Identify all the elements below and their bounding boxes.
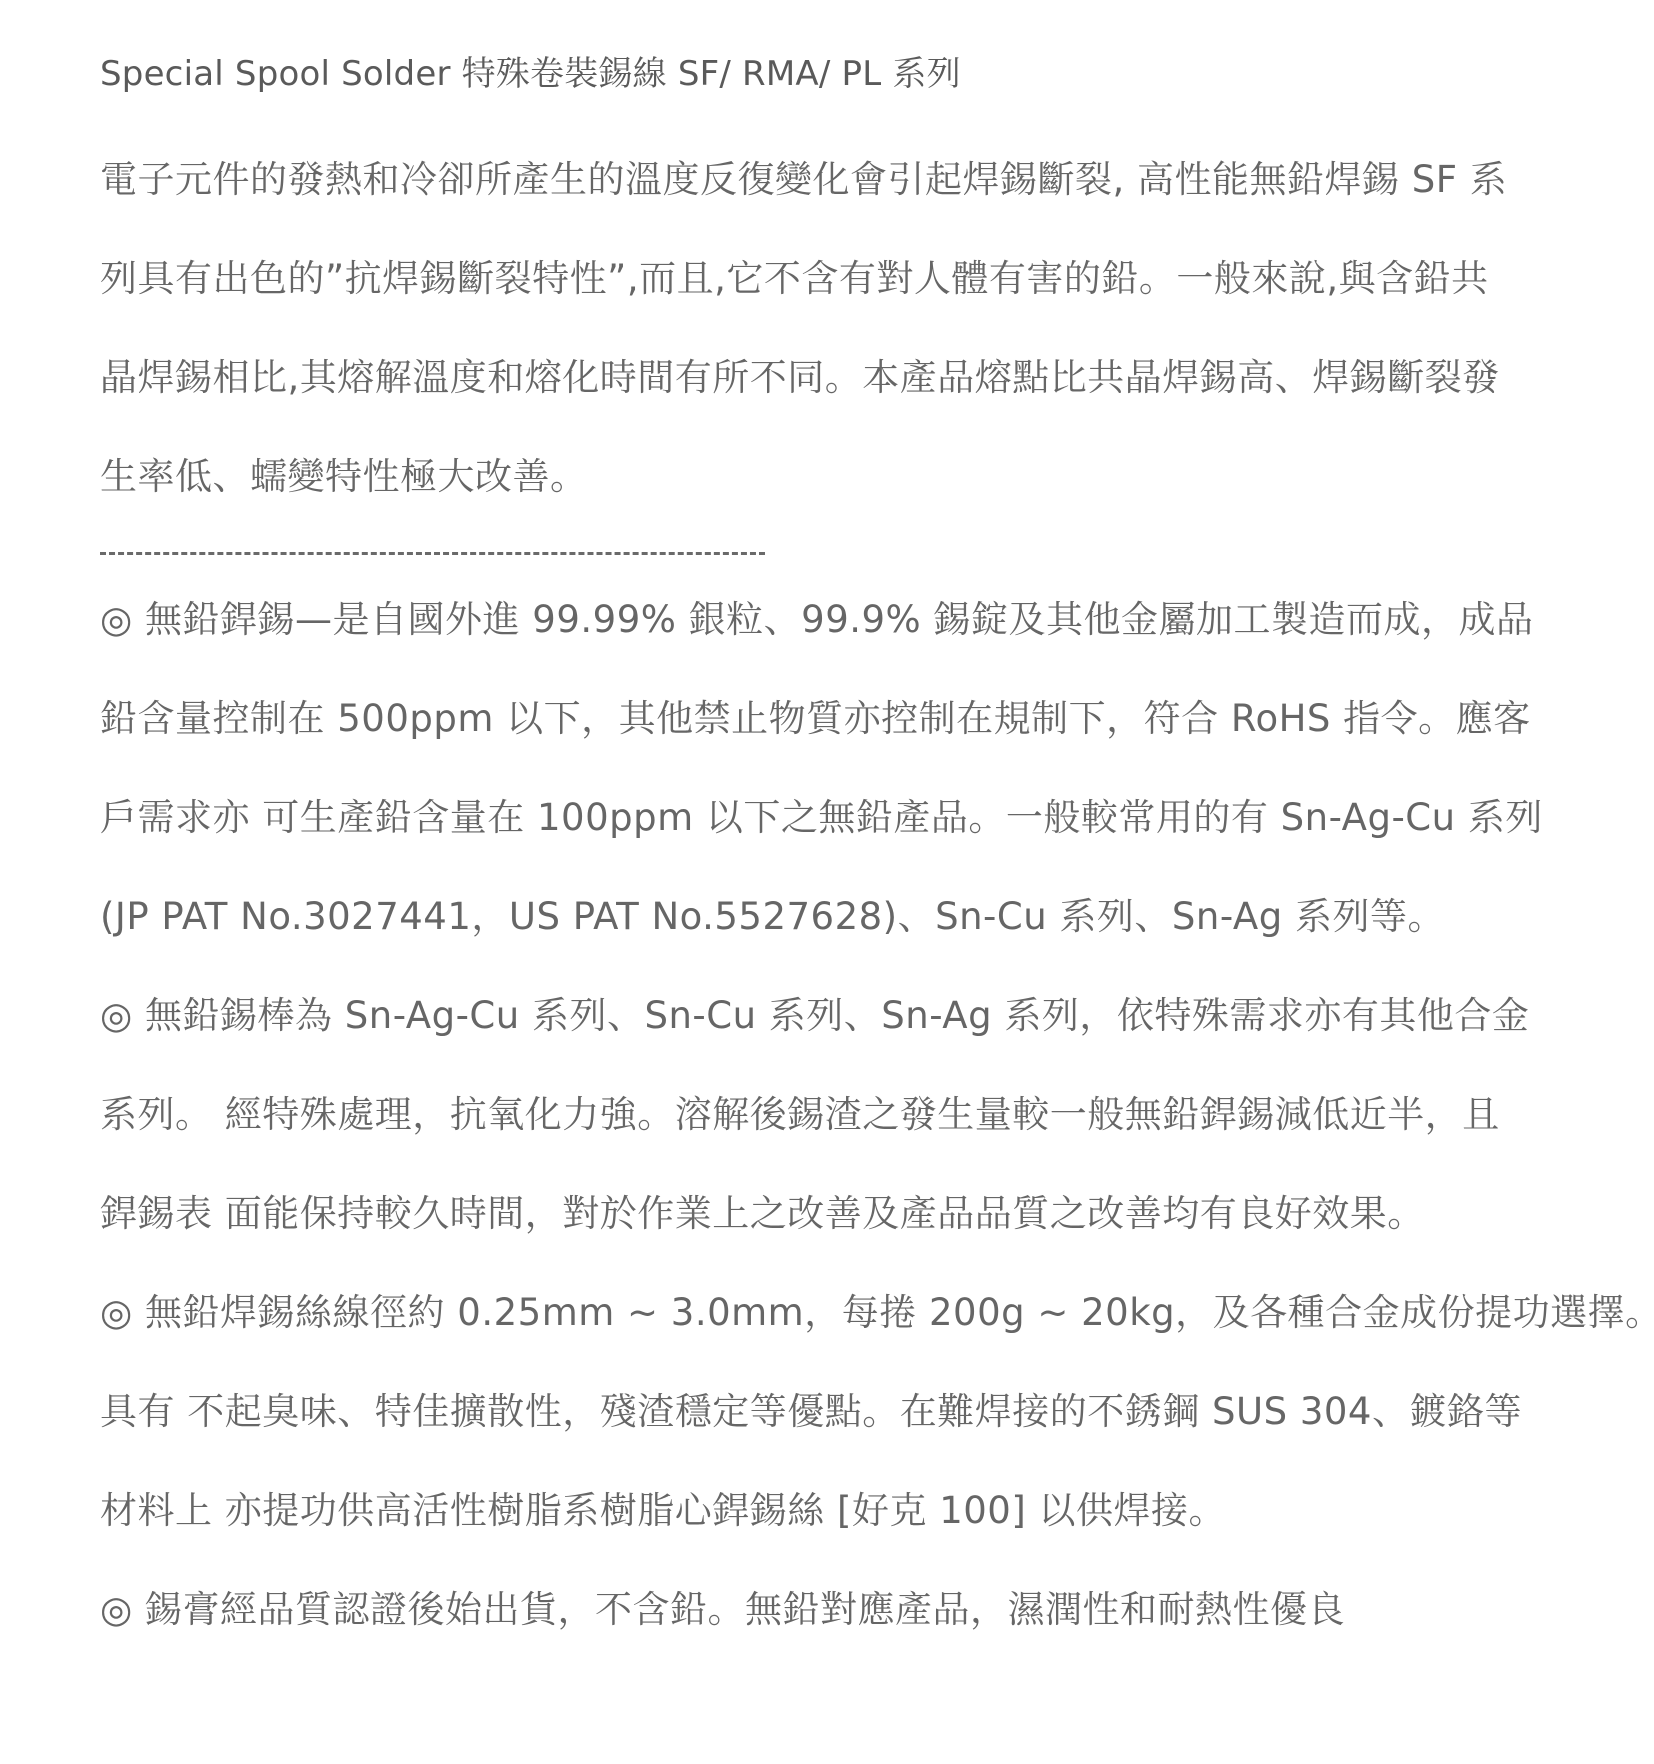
dashed-divider xyxy=(100,552,765,555)
section-line: 鉛含量控制在 500ppm 以下，其他禁止物質亦控制在規制下，符合 RoHS 指… xyxy=(100,695,1531,743)
section-line: ◎ 無鉛錫棒為 Sn-Ag-Cu 系列、Sn-Cu 系列、Sn-Ag 系列，依特… xyxy=(100,992,1529,1040)
intro-line: 電子元件的發熱和冷卻所產生的溫度反復變化會引起焊錫斷裂, 高性能無鉛焊錫 SF … xyxy=(100,156,1507,204)
intro-line: 列具有出色的”抗焊錫斷裂特性”,而且,它不含有對人體有害的鉛。一般來說,與含鉛共 xyxy=(100,255,1489,303)
section-line: ◎ 無鉛焊錫絲線徑約 0.25mm ~ 3.0mm，每捲 200g ~ 20kg… xyxy=(100,1289,1654,1337)
section-line: 材料上 亦提功供高活性樹脂系樹脂心銲錫絲 [好克 100] 以供焊接。 xyxy=(100,1487,1226,1535)
intro-line: 晶焊錫相比,其熔解溫度和熔化時間有所不同。本產品熔點比共晶焊錫高、焊錫斷裂發 xyxy=(100,354,1500,402)
document-title: Special Spool Solder 特殊卷裝錫線 SF/ RMA/ PL … xyxy=(100,52,961,96)
section-line: (JP PAT No.3027441，US PAT No.5527628)、Sn… xyxy=(100,893,1445,941)
section-line: 系列。 經特殊處理，抗氧化力強。溶解後錫渣之發生量較一般無鉛銲錫減低近半，且 xyxy=(100,1091,1500,1139)
section-line: ◎ 無鉛銲錫—是自國外進 99.99% 銀粒、99.9% 錫錠及其他金屬加工製造… xyxy=(100,596,1533,644)
section-line: 戶需求亦 可生產鉛含量在 100ppm 以下之無鉛產品。一般較常用的有 Sn-A… xyxy=(100,794,1543,842)
intro-line: 生率低、蠕變特性極大改善。 xyxy=(100,453,588,501)
section-line: 具有 不起臭味、特佳擴散性，殘渣穩定等優點。在難焊接的不銹鋼 SUS 304、鍍… xyxy=(100,1388,1522,1436)
section-line: 銲錫表 面能保持較久時間，對於作業上之改善及產品品質之改善均有良好效果。 xyxy=(100,1190,1425,1238)
section-line: ◎ 錫膏經品質認證後始出貨，不含鉛。無鉛對應產品，濕潤性和耐熱性優良 xyxy=(100,1586,1345,1634)
